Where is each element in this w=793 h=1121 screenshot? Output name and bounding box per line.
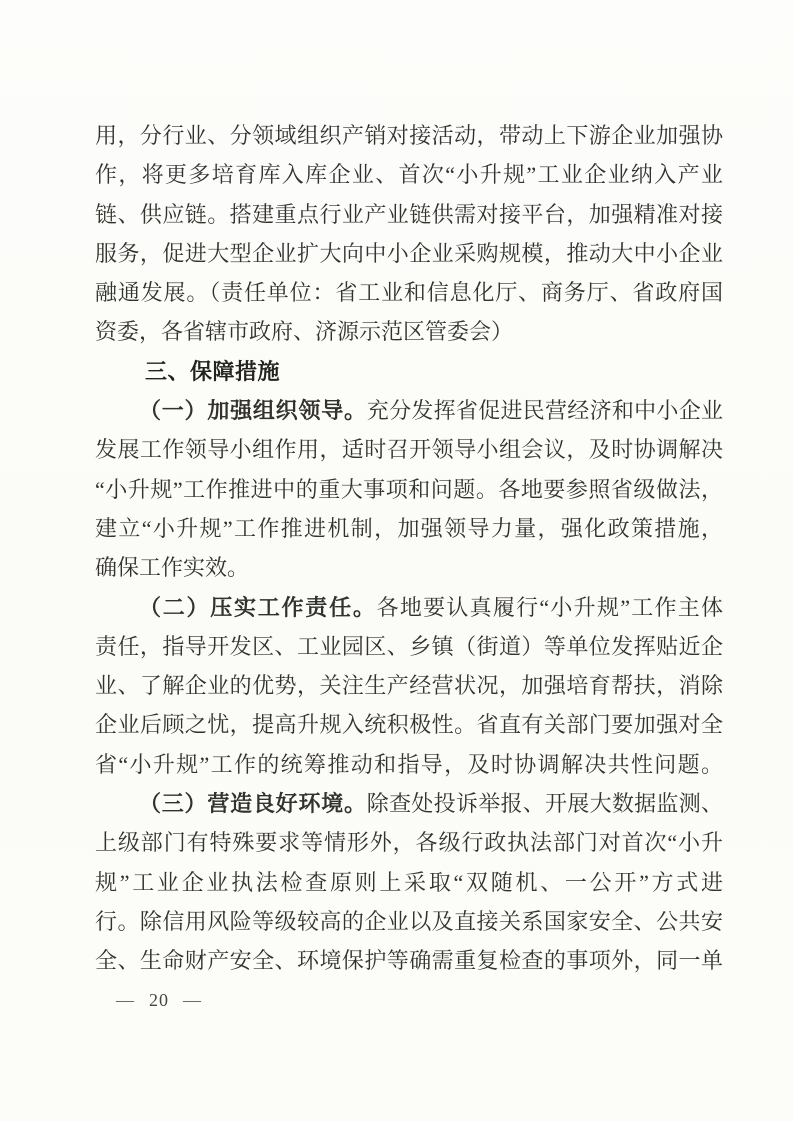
text-line: （三）营造良好环境。除查处投诉举报、开展大数据监测、	[95, 784, 723, 823]
text-line: （二）压实工作责任。各地要认真履行“小升规”工作主体	[95, 588, 723, 627]
line-text: 企业后顾之忧，提高升规入统积极性。省直有关部门要加强对全	[95, 712, 723, 737]
text-line: 发展工作领导小组作用，适时召开领导小组会议，及时协调解决	[95, 430, 723, 469]
line-text: 用，分行业、分领域组织产销对接活动，带动上下游企业加强协	[95, 123, 723, 148]
line-text: 确保工作实效。	[95, 555, 249, 580]
footer-right-dash: —	[183, 990, 202, 1010]
page-footer: —20—	[116, 990, 202, 1011]
document-body: 用，分行业、分领域组织产销对接活动，带动上下游企业加强协 作，将更多培育库入库企…	[95, 116, 723, 981]
line-text: 各地要认真履行“小升规”工作主体	[377, 595, 723, 620]
paragraph-lead-bold: （三）营造良好环境。	[139, 791, 367, 816]
paragraph-lead-bold: （一）加强组织领导。	[139, 398, 367, 423]
line-text: 责任，指导开发区、工业园区、乡镇（街道）等单位发挥贴近企	[95, 634, 723, 659]
line-text: 除查处投诉举报、开展大数据监测、	[367, 791, 723, 816]
section-heading-text: 三、保障措施	[145, 359, 280, 384]
text-line: 全、生命财产安全、环境保护等确需重复检查的事项外，同一单	[95, 941, 723, 980]
text-line: 融通发展。（责任单位：省工业和信息化厅、商务厅、省政府国	[95, 273, 723, 312]
text-line: 资委，各省辖市政府、济源示范区管委会）	[95, 312, 723, 351]
line-text: 融通发展。（责任单位：省工业和信息化厅、商务厅、省政府国	[95, 280, 723, 305]
text-line: 链、供应链。搭建重点行业产业链供需对接平台，加强精准对接	[95, 195, 723, 234]
footer-left-dash: —	[116, 990, 135, 1010]
line-text: 省“小升规”工作的统筹推动和指导，及时协调解决共性问题。	[95, 752, 723, 777]
text-line: 责任，指导开发区、工业园区、乡镇（街道）等单位发挥贴近企	[95, 627, 723, 666]
text-line: 省“小升规”工作的统筹推动和指导，及时协调解决共性问题。	[95, 745, 723, 784]
line-text: “小升规”工作推进中的重大事项和问题。各地要参照省级做法，	[95, 477, 723, 502]
line-text: 建立“小升规”工作推进机制，加强领导力量，强化政策措施，	[95, 516, 723, 541]
text-line: 确保工作实效。	[95, 548, 723, 587]
text-line: “小升规”工作推进中的重大事项和问题。各地要参照省级做法，	[95, 470, 723, 509]
line-text: 行。除信用风险等级较高的企业以及直接关系国家安全、公共安	[95, 909, 723, 934]
text-line: 服务，促进大型企业扩大向中小企业采购规模，推动大中小企业	[95, 234, 723, 273]
line-text: 业、了解企业的优势，关注生产经营状况，加强培育帮扶，消除	[95, 673, 723, 698]
line-text: 发展工作领导小组作用，适时召开领导小组会议，及时协调解决	[95, 437, 723, 462]
line-text: 资委，各省辖市政府、济源示范区管委会）	[95, 319, 513, 344]
text-line: （一）加强组织领导。充分发挥省促进民营经济和中小企业	[95, 391, 723, 430]
document-page: 用，分行业、分领域组织产销对接活动，带动上下游企业加强协 作，将更多培育库入库企…	[0, 0, 793, 1121]
text-line: 上级部门有特殊要求等情形外，各级行政执法部门对首次“小升	[95, 823, 723, 862]
line-text: 上级部门有特殊要求等情形外，各级行政执法部门对首次“小升	[95, 830, 723, 855]
section-heading: 三、保障措施	[95, 352, 723, 391]
text-line: 用，分行业、分领域组织产销对接活动，带动上下游企业加强协	[95, 116, 723, 155]
text-line: 建立“小升规”工作推进机制，加强领导力量，强化政策措施，	[95, 509, 723, 548]
text-line: 业、了解企业的优势，关注生产经营状况，加强培育帮扶，消除	[95, 666, 723, 705]
text-line: 作，将更多培育库入库企业、首次“小升规”工业企业纳入产业	[95, 155, 723, 194]
text-line: 企业后顾之忧，提高升规入统积极性。省直有关部门要加强对全	[95, 705, 723, 744]
line-text: 规”工业企业执法检查原则上采取“双随机、一公开”方式进	[95, 870, 723, 895]
text-line: 规”工业企业执法检查原则上采取“双随机、一公开”方式进	[95, 863, 723, 902]
line-text: 链、供应链。搭建重点行业产业链供需对接平台，加强精准对接	[95, 202, 723, 227]
text-line: 行。除信用风险等级较高的企业以及直接关系国家安全、公共安	[95, 902, 723, 941]
line-text: 作，将更多培育库入库企业、首次“小升规”工业企业纳入产业	[95, 162, 723, 187]
paragraph-lead-bold: （二）压实工作责任。	[139, 595, 377, 620]
line-text: 全、生命财产安全、环境保护等确需重复检查的事项外，同一单	[95, 948, 723, 973]
line-text: 服务，促进大型企业扩大向中小企业采购规模，推动大中小企业	[95, 241, 723, 266]
line-text: 充分发挥省促进民营经济和中小企业	[367, 398, 723, 423]
page-number: 20	[149, 990, 169, 1010]
